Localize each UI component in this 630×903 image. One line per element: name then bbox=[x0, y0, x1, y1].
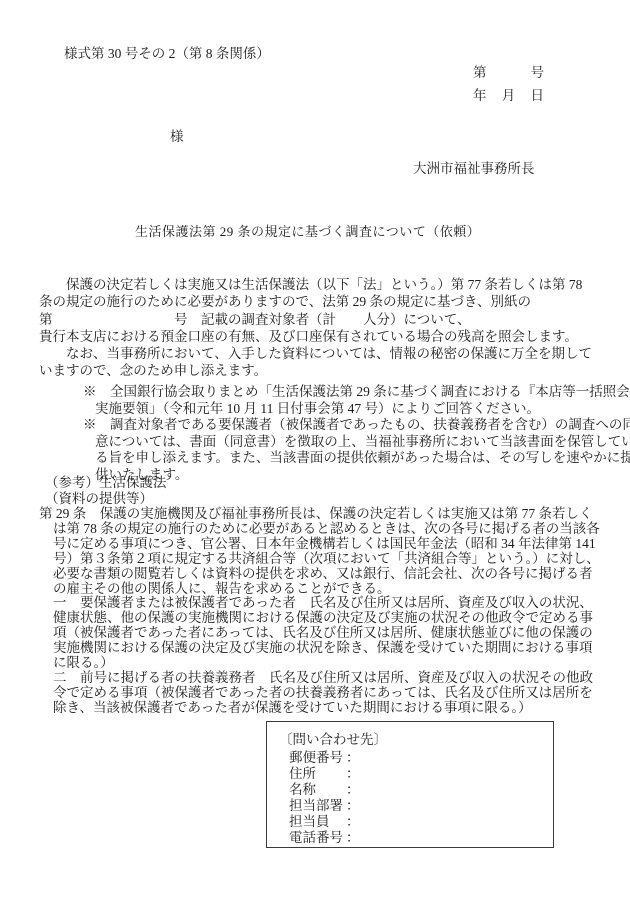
contact-info-box: 〔問い合わせ先〕 郵便番号： 住所： 名称： 担当部署： 担当員： 電話番号： bbox=[266, 721, 554, 848]
contact-label: 担当員 bbox=[289, 814, 346, 830]
contact-row: 郵便番号： bbox=[289, 750, 553, 766]
body-line: 第 号 記載の調査対象者（計 人分）について、 bbox=[39, 311, 592, 328]
date-year: 年 bbox=[473, 84, 487, 104]
reference-headings: （参考）生活保護法 （資料の提供等） bbox=[45, 475, 167, 507]
article-line: 健康状態、他の保護の実施機関における保護の決定及び実施の状況その他政令で定める事 bbox=[53, 611, 600, 626]
contact-box-title: 〔問い合わせ先〕 bbox=[279, 732, 553, 747]
reference-heading: （参考）生活保護法 bbox=[45, 475, 167, 491]
contact-label: 電話番号 bbox=[289, 830, 346, 846]
body-line: 貴行本支店における預金口座の有無、及び口座保有されている場合の残高を照会します。 bbox=[39, 328, 592, 345]
article-line: 二 前号に掲げる者の扶養義務者 氏名及び住所又は居所、資産及び収入の状況その他政 bbox=[53, 671, 600, 686]
article-line: 号）第３条第２項に規定する共済組合等（次項において「共済組合等」という。）に対し… bbox=[53, 552, 600, 567]
body-paragraph: 保護の決定若しくは実施又は生活保護法（以下「法」という。）第 77 条若しくは第… bbox=[39, 276, 592, 380]
contact-label: 郵便番号 bbox=[289, 750, 346, 766]
date-line: 年 月 日 bbox=[473, 84, 544, 104]
doc-number-line: 第 号 bbox=[473, 61, 544, 81]
body-line: 保護の決定若しくは実施又は生活保護法（以下「法」という。）第 77 条若しくは第… bbox=[39, 276, 592, 293]
body-line: なお、当事務所において、入手した資料については、情報の秘密の保護に万全を期して bbox=[39, 345, 592, 362]
article-line: に限る。） bbox=[53, 656, 600, 671]
contact-colon: ： bbox=[346, 814, 360, 829]
reference-subheading: （資料の提供等） bbox=[45, 491, 167, 507]
article-line: は第 78 条の規定の施行のために必要があると認めるときは、次の各号に掲げる者の… bbox=[53, 522, 600, 537]
contact-colon: ： bbox=[346, 798, 360, 813]
contact-label: 住所 bbox=[289, 766, 346, 782]
note-line: 供いたします。 bbox=[95, 467, 630, 484]
contact-label: 名称 bbox=[289, 782, 346, 798]
document-title: 生活保護法第 29 条の規定に基づく調査について（依頼） bbox=[135, 221, 480, 240]
note-line: ※ 調査対象者である要保護者（被保護者であったもの、扶養義務者を含む）の調査への… bbox=[83, 417, 630, 434]
contact-colon: ： bbox=[346, 750, 360, 765]
contact-row: 担当部署： bbox=[289, 798, 553, 814]
sender-name: 大洲市福祉事務所長 bbox=[413, 157, 535, 177]
article-line: 必要な書類の閲覧若しくは資料の提供を求め、又は銀行、信託会社、次の各号に掲げる者 bbox=[53, 567, 600, 582]
article-line: 第 29 条 保護の実施機関及び福祉事務所長は、保護の決定若しくは実施又は第 7… bbox=[39, 507, 600, 522]
form-number: 様式第 30 号その 2（第 8 条関係） bbox=[64, 45, 270, 62]
contact-colon: ： bbox=[346, 766, 360, 781]
contact-colon: ： bbox=[346, 782, 360, 797]
note-line: ※ 全国銀行協会取りまとめ「生活保護法第 29 条に基づく調査における『本店等一… bbox=[83, 384, 630, 401]
body-line: いますので、念のため申し添えます。 bbox=[39, 362, 592, 379]
body-line: 条の規定の施行のために必要がありますので、法第 29 条の規定に基づき、別紙の bbox=[39, 293, 592, 310]
contact-label: 担当部署 bbox=[289, 798, 346, 814]
contact-row: 担当員： bbox=[289, 814, 553, 830]
article-line: 実施機関における保護の決定及び実施の状況を除き、保護を受けていた期間における事項 bbox=[53, 641, 600, 656]
note-line: 意については、書面（同意書）を徴取の上、当福祉事務所において当該書面を保管してい bbox=[95, 434, 630, 451]
article-line: 号に定める事項につき、官公署、日本年金機構若しくは国民年金法（昭和 34 年法律… bbox=[53, 537, 600, 552]
date-month: 月 bbox=[502, 84, 516, 104]
doc-number-suffix: 号 bbox=[531, 61, 545, 81]
contact-row: 名称： bbox=[289, 782, 553, 798]
date-day: 日 bbox=[531, 84, 545, 104]
notes-section: ※ 全国銀行協会取りまとめ「生活保護法第 29 条に基づく調査における『本店等一… bbox=[95, 384, 630, 484]
article-line: 項（被保護者であった者にあっては、氏名及び住所又は居所、健康状態並びに他の保護の bbox=[53, 626, 600, 641]
contact-colon: ： bbox=[346, 830, 360, 845]
document-page: 様式第 30 号その 2（第 8 条関係） 第 号 年 月 日 様 大洲市福祉事… bbox=[0, 0, 630, 903]
doc-number-prefix: 第 bbox=[473, 61, 487, 81]
note-line: る旨を申し添えます。また、当該書面の提供依頼があった場合は、その写しを速やかに提 bbox=[95, 450, 630, 467]
article-29-text: 第 29 条 保護の実施機関及び福祉事務所長は、保護の決定若しくは実施又は第 7… bbox=[39, 507, 600, 716]
addressee-honorific: 様 bbox=[170, 125, 184, 145]
contact-row: 電話番号： bbox=[289, 830, 553, 846]
article-line: 除き、当該被保護者であった者が保護を受けていた期間における事項に限る。） bbox=[53, 701, 600, 716]
note-line: 実施要領」（令和元年 10 月 11 日付事会第 47 号）によりご回答ください… bbox=[95, 401, 630, 418]
article-line: 令で定める事項（被保護者であった者の扶養義務者にあっては、氏名及び住所又は居所を bbox=[53, 686, 600, 701]
contact-row: 住所： bbox=[289, 766, 553, 782]
